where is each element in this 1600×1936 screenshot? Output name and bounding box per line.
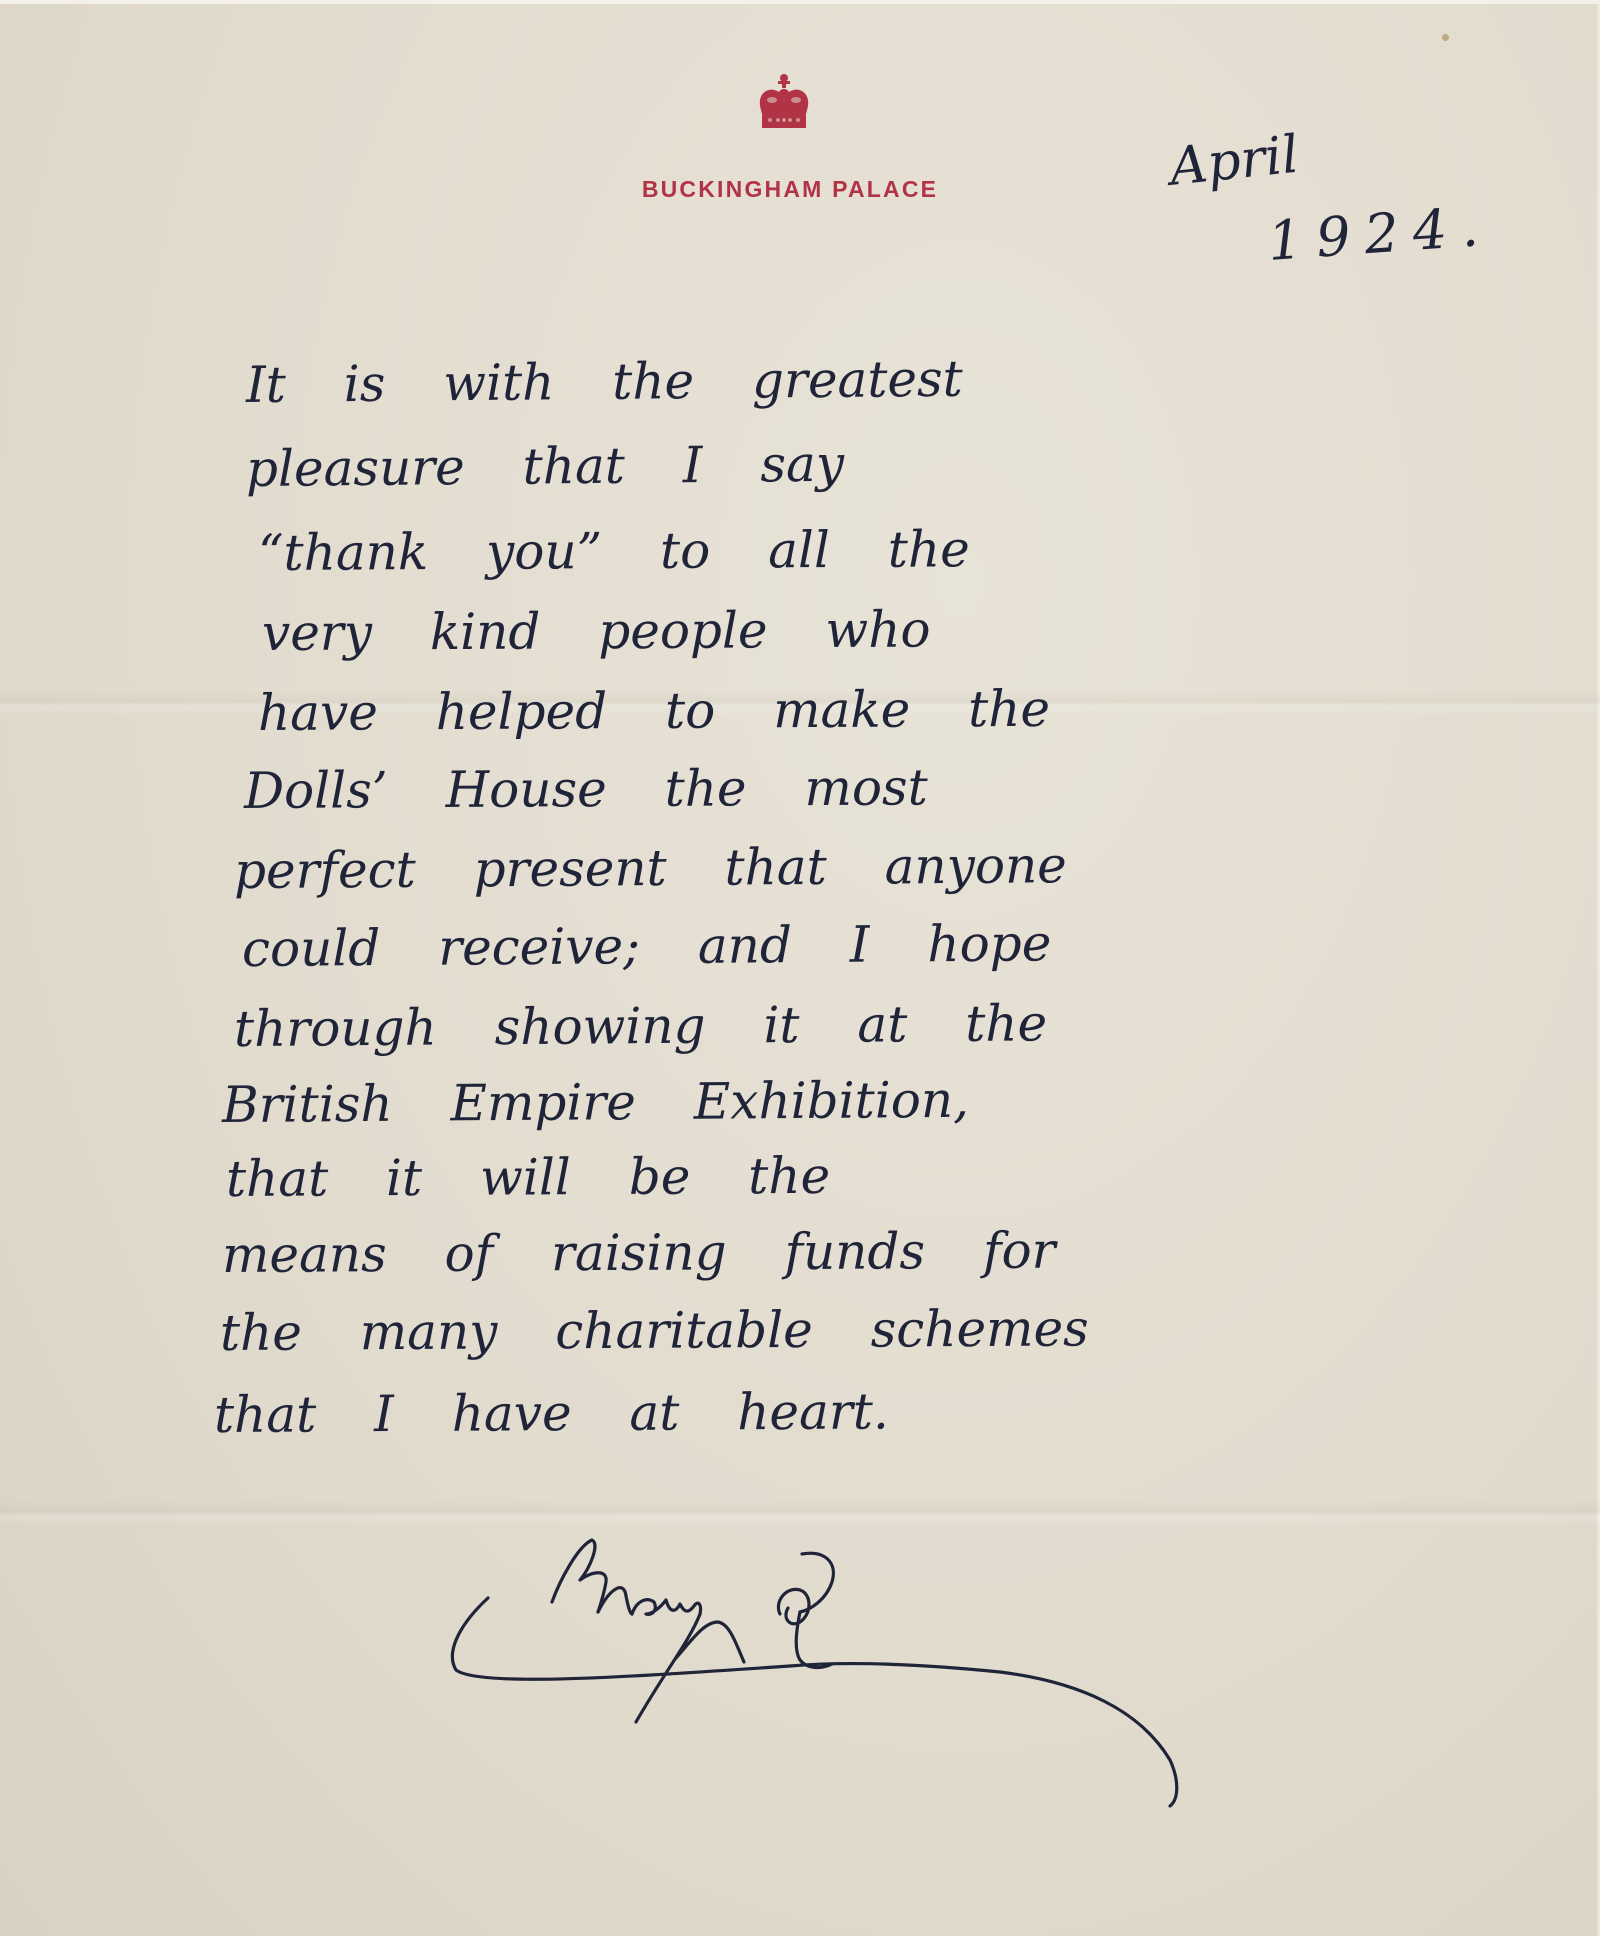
letter-line: means of raising funds for [222, 1222, 1056, 1284]
letter-line: that it will be the [226, 1147, 830, 1208]
letter-line: “thank you” to all the [258, 520, 970, 582]
letter-page: BUCKINGHAM PALACE April 1924. It is with… [0, 0, 1600, 1936]
letter-line: pleasure that I say [246, 435, 845, 498]
letter-line: perfect present that anyone [234, 836, 1067, 900]
letter-line: British Empire Exhibition, [222, 1071, 969, 1134]
letter-line: could receive; and I hope [242, 914, 1052, 978]
letter-line: It is with the greatest [246, 350, 963, 414]
letter-line: Dolls’ House the most [244, 758, 928, 820]
letter-line: that I have at heart. [214, 1382, 889, 1444]
letter-line: the many charitable schemes [220, 1299, 1089, 1362]
letter-line: have helped to make the [258, 680, 1050, 742]
signature-flourish [440, 1510, 1260, 1830]
letter-line: through showing it at the [234, 994, 1048, 1058]
letter-line: very kind people who [262, 600, 931, 661]
